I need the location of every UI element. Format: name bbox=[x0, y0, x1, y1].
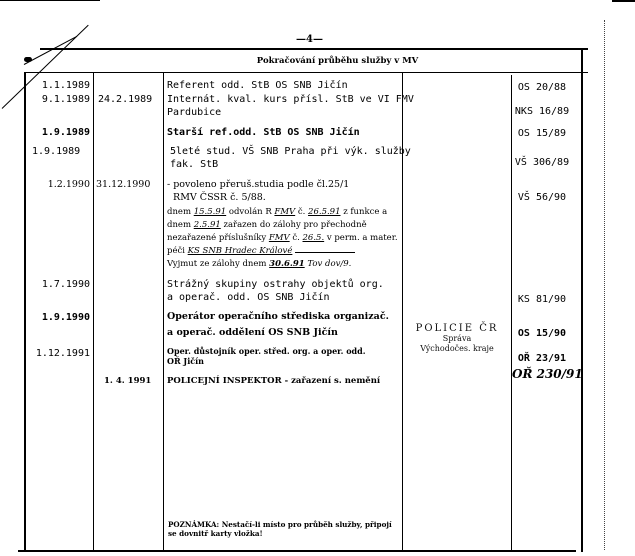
service-entry: Strážný skupiny ostrahy objektů org. bbox=[167, 278, 384, 291]
footnote: POZNÁMKA: Nestačí-li místo pro průběh sl… bbox=[168, 520, 400, 538]
reference-number: OS 15/89 bbox=[512, 127, 572, 140]
date-from: 1.9.1989 bbox=[32, 145, 94, 158]
page-number: —4— bbox=[296, 34, 323, 45]
form-line-removed: Vyjmut ze zálohy dnem 30.6.91 Tov dov/9. bbox=[167, 258, 351, 270]
handwritten-signature bbox=[295, 252, 355, 253]
service-entry-cont: OŘ Jičín bbox=[167, 356, 204, 366]
column-border-desc-stamp bbox=[402, 72, 403, 550]
handwritten-date: 30.6.91 bbox=[269, 259, 305, 269]
date-from: 9.1.1989 bbox=[28, 93, 90, 106]
form-line-reserve: dnem 2.5.91 zařazen do zálohy pro přecho… bbox=[167, 219, 367, 231]
form-line-dismissal: dnem 15.5.91 odvolán R FMV č. 26.5.91 z … bbox=[167, 206, 387, 218]
header-divider bbox=[24, 72, 588, 73]
service-entry-cont: RMV ČSSR č. 5/88. bbox=[167, 191, 266, 204]
column-border-right bbox=[581, 48, 583, 552]
service-entry: Oper. důstojník oper. střed. org. a oper… bbox=[167, 346, 366, 356]
table-top-border bbox=[40, 48, 588, 50]
reference-number: NKS 16/89 bbox=[512, 105, 572, 118]
reference-number: VŠ 56/90 bbox=[512, 191, 572, 204]
scan-artifact-top-right bbox=[612, 0, 635, 2]
date-from: 1.2.1990 bbox=[28, 178, 90, 191]
service-entry: Starší ref.odd. StB OS SNB Jičín bbox=[167, 126, 360, 139]
date-from: 1.12.1991 bbox=[28, 347, 90, 360]
service-entry: Operátor operačního střediska organizač. bbox=[167, 310, 389, 323]
column-border-to-desc bbox=[163, 72, 164, 550]
service-entry: Internát. kval. kurs přísl. StB ve VI FM… bbox=[167, 93, 414, 106]
date-to: 31.12.1990 bbox=[96, 178, 158, 191]
service-entry-cont: a operač. odd. OS SNB Jičín bbox=[167, 291, 330, 304]
reference-number: VŠ 306/89 bbox=[512, 156, 572, 169]
column-border-from-to bbox=[93, 72, 94, 550]
reference-number: KS 81/90 bbox=[512, 293, 572, 306]
reference-number: OS 20/88 bbox=[512, 81, 572, 94]
column-border-left bbox=[24, 72, 26, 552]
official-stamp: POLICIE ČR Správa Východočes. kraje bbox=[405, 324, 509, 354]
handwritten-date: 15.5.91 bbox=[194, 207, 226, 217]
form-line-care: péči KS SNB Hradec Králové bbox=[167, 245, 355, 257]
service-entry: 5leté stud. VŠ SNB Praha při výk. služby bbox=[170, 145, 411, 158]
service-entry: POLICEJNÍ INSPEKTOR - zařazení s. nemění bbox=[167, 375, 380, 388]
date-from: 1.7.1990 bbox=[28, 278, 90, 291]
service-entry: - povoleno přeruš.studia podle čl.25/1 bbox=[167, 178, 349, 191]
service-entry-cont: Pardubice bbox=[167, 106, 221, 119]
service-entry-cont: fak. StB bbox=[170, 158, 218, 171]
handwritten-date: 2.5.91 bbox=[194, 220, 221, 230]
service-entry-cont: a operač. oddělení OS SNB Jičín bbox=[167, 326, 338, 339]
form-line-unassigned: nezařazené příslušníky FMV č. 26.5. v pe… bbox=[167, 232, 398, 244]
scan-artifact-margin bbox=[604, 20, 606, 550]
date-to: 1. 4. 1991 bbox=[104, 375, 151, 388]
scan-artifact-top-left bbox=[0, 0, 100, 1]
reference-number: OŘ 23/91 bbox=[512, 352, 572, 365]
date-from: 1.9.1989 bbox=[28, 126, 90, 139]
reference-number: OS 15/90 bbox=[512, 327, 572, 340]
column-border-stamp-ref bbox=[511, 75, 512, 550]
service-entry: Referent odd. StB OS SNB Jičín bbox=[167, 79, 348, 92]
date-to: 24.2.1989 bbox=[98, 93, 160, 106]
date-from: 1.9.1990 bbox=[28, 311, 90, 324]
handwritten-date: 26.5.91 bbox=[308, 207, 340, 217]
handwritten-reference: OŘ 230/91 bbox=[512, 368, 572, 381]
date-from: 1.1.1989 bbox=[28, 79, 90, 92]
table-bottom-border bbox=[18, 550, 576, 552]
section-title: Pokračování průběhu služby v MV bbox=[0, 56, 635, 66]
